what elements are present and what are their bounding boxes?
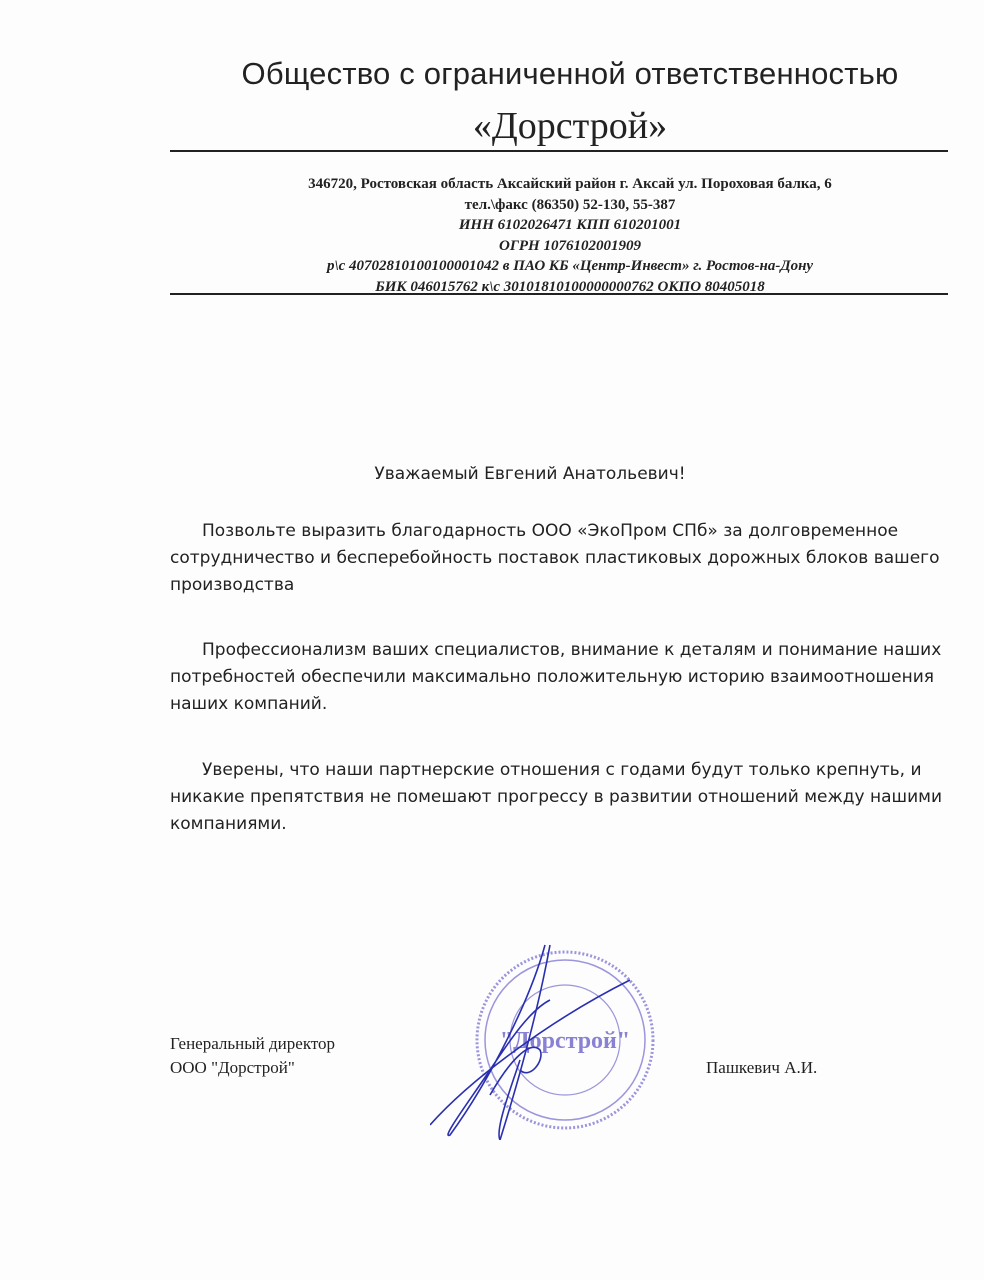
company-requisites: 346720, Ростовская область Аксайский рай… <box>230 174 910 297</box>
stamp-text: "Дорстрой" <box>500 1028 630 1054</box>
address: 346720, Ростовская область Аксайский рай… <box>230 174 910 195</box>
greeting: Уважаемый Евгений Анатольевич! <box>160 464 900 484</box>
org-type: Общество с ограниченной ответственностью <box>170 56 970 92</box>
paragraph-3: Уверены, что наши партнерские отношения … <box>170 757 950 838</box>
inn-kpp: ИНН 6102026471 КПП 610201001 <box>230 215 910 236</box>
header-divider-bottom <box>170 293 948 295</box>
stamp-and-signature-icon: "Дорстрой" <box>430 940 680 1140</box>
signatory-position: Генеральный директор <box>170 1032 335 1056</box>
paragraph-2: Профессионализм ваших специалистов, вним… <box>170 637 950 718</box>
signatory-name: Пашкевич А.И. <box>706 1058 817 1078</box>
signatory-company: ООО "Дорстрой" <box>170 1056 335 1080</box>
paragraph-1: Позвольте выразить благодарность ООО «Эк… <box>170 518 950 599</box>
bank-account: р\с 40702810100100001042 в ПАО КБ «Центр… <box>230 256 910 277</box>
ogrn: ОГРН 1076102001909 <box>230 236 910 257</box>
org-name: «Дорстрой» <box>170 104 970 148</box>
letter-page: Общество с ограниченной ответственностью… <box>0 0 984 1280</box>
header-divider-top <box>170 150 948 152</box>
phone: тел.\факс (86350) 52-130, 55-387 <box>230 195 910 216</box>
signatory-title: Генеральный директор ООО "Дорстрой" <box>170 1032 335 1080</box>
